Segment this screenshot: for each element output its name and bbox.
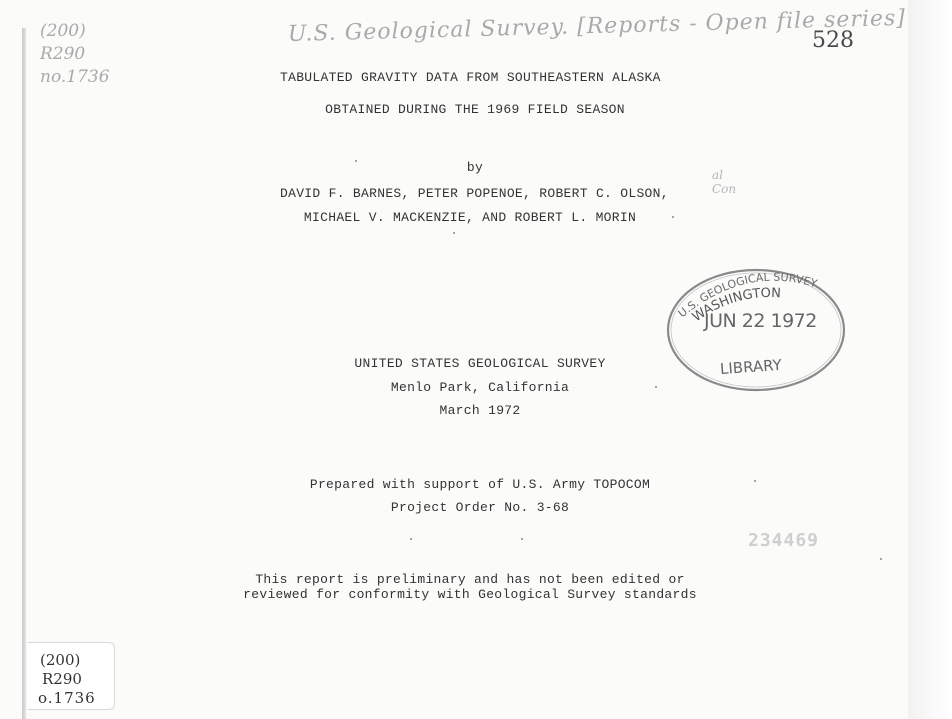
initials-line-2: Con — [712, 182, 736, 196]
authors-line-2: MICHAEL V. MACKENZIE, AND ROBERT L. MORI… — [290, 210, 650, 225]
document-page: (200) R290 no.1736 U.S. Geological Surve… — [0, 0, 952, 719]
disclaimer-line-1: This report is preliminary and has not b… — [240, 572, 700, 587]
label-line-3: o.1736 — [38, 689, 96, 707]
location: Menlo Park, California — [310, 380, 650, 395]
call-number-line-2: R290 — [40, 43, 110, 66]
library-received-stamp: U.S. GEOLOGICAL SURVEY WASHINGTON JUN 22… — [660, 262, 846, 394]
prepared-with-support: Prepared with support of U.S. Army TOPOC… — [290, 477, 670, 492]
initials-line-1: al — [712, 168, 736, 182]
authors-line-1: DAVID F. BARNES, PETER POPENOE, ROBERT C… — [280, 186, 660, 201]
speck — [453, 232, 455, 234]
speck — [672, 216, 674, 218]
speck — [655, 386, 657, 388]
speck — [880, 558, 882, 560]
publication-date: March 1972 — [310, 403, 650, 418]
disclaimer-line-2: reviewed for conformity with Geological … — [240, 587, 700, 602]
speck — [521, 538, 523, 540]
speck — [355, 160, 357, 162]
binding-edge — [22, 28, 26, 719]
spine-call-number-label: (200) R290 o.1736 — [28, 642, 115, 710]
stamp-date: JUN 22 1972 — [704, 310, 817, 332]
speck — [754, 480, 756, 482]
project-order: Project Order No. 3-68 — [290, 500, 670, 515]
label-line-2: R290 — [42, 670, 82, 688]
handwritten-call-number: (200) R290 no.1736 — [40, 20, 110, 89]
byline: by — [290, 160, 660, 175]
page-edge-shadow — [908, 0, 952, 719]
title-line-2: OBTAINED DURING THE 1969 FIELD SEASON — [290, 102, 660, 117]
title-line-1: TABULATED GRAVITY DATA FROM SOUTHEASTERN… — [280, 70, 660, 85]
call-number-line-1: (200) — [40, 20, 110, 43]
handwritten-initials: al Con — [712, 168, 736, 196]
organization: UNITED STATES GEOLOGICAL SURVEY — [310, 356, 650, 371]
page-number: 528 — [812, 28, 854, 53]
call-number-line-3: no.1736 — [40, 66, 110, 89]
speck — [410, 538, 412, 540]
accession-number: 234469 — [748, 530, 819, 551]
label-line-1: (200) — [40, 651, 80, 669]
